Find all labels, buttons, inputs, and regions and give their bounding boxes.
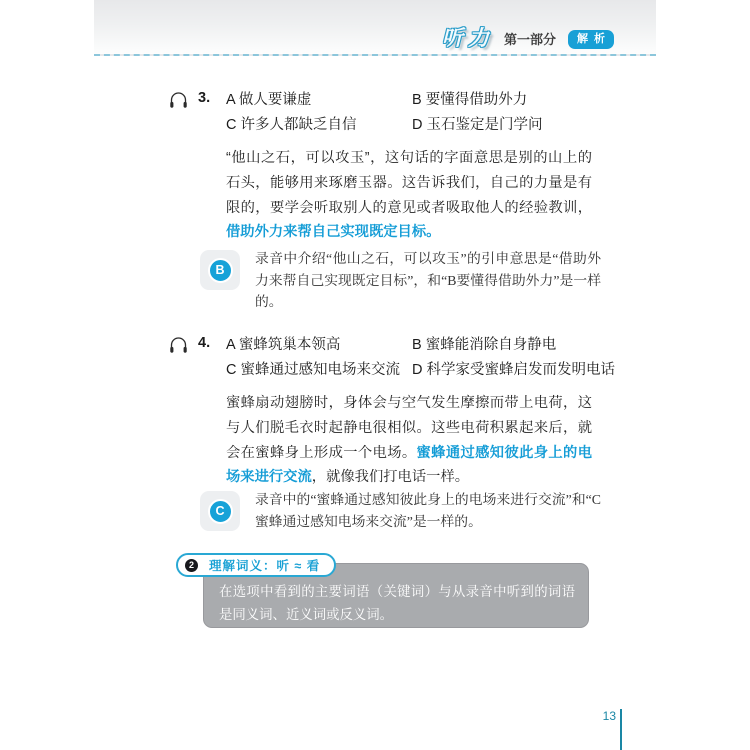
answer-badge: B (200, 250, 240, 290)
part-label: 第一部分 (504, 31, 556, 49)
question-4: 4. A 蜜蜂筑巢本领高 B 蜜蜂能消除自身静电 C 蜜蜂通过感知电场来交流 D… (168, 333, 615, 383)
analysis-paragraph-q3: “他山之石，可以攻玉”，这句话的字面意思是别的山上的石头，能够用来琢磨玉器。这告… (226, 146, 592, 245)
analysis-text: “他山之石，可以攻玉”，这句话的字面意思是别的山上的石头，能够用来琢磨玉器。这告… (226, 150, 592, 216)
section-title: 听力 (442, 28, 494, 49)
answer-row-q4: C 录音中的“蜜蜂通过感知彼此身上的电场来进行交流”和“C蜜蜂通过感知电场来交流… (200, 489, 601, 532)
option-c: C 蜜蜂通过感知电场来交流 (226, 358, 412, 383)
option-b: B 要懂得借助外力 (412, 88, 543, 113)
option-list: A 蜜蜂筑巢本领高 B 蜜蜂能消除自身静电 C 蜜蜂通过感知电场来交流 D 科学… (226, 333, 615, 383)
analysis-paragraph-q4: 蜜蜂扇动翅膀时，身体会与空气发生摩擦而带上电荷，这与人们脱毛衣时起静电很相似。这… (226, 391, 592, 490)
question-number: 3. (198, 90, 220, 106)
question-number: 4. (198, 335, 220, 351)
answer-note: 录音中介绍“他山之石，可以攻玉”的引申意思是“借助外力来帮自己实现既定目标”，和… (255, 248, 601, 313)
question-3: 3. A 做人要谦虚 B 要懂得借助外力 C 许多人都缺乏自信 D 玉石鉴定是门… (168, 88, 543, 138)
analysis-highlight: 借助外力来帮自己实现既定目标。 (226, 224, 440, 240)
answer-letter: C (208, 499, 233, 524)
textbook-page: 听力 第一部分 解析 3. A 做人要谦虚 B 要懂得借助外力 C 许多人都缺乏… (0, 0, 750, 750)
option-a: A 做人要谦虚 (226, 88, 412, 113)
option-list: A 做人要谦虚 B 要懂得借助外力 C 许多人都缺乏自信 D 玉石鉴定是门学问 (226, 88, 543, 138)
option-a: A 蜜蜂筑巢本领高 (226, 333, 412, 358)
headphone-icon (168, 91, 190, 114)
answer-note: 录音中的“蜜蜂通过感知彼此身上的电场来进行交流”和“C蜜蜂通过感知电场来交流”是… (255, 489, 601, 532)
tip-title: 理解词义：听 ≈ 看 (209, 556, 320, 574)
page-number: 13 (592, 709, 616, 723)
analysis-badge: 解析 (568, 30, 614, 49)
option-c: C 许多人都缺乏自信 (226, 113, 412, 138)
tip-number-badge: 2 (185, 559, 198, 572)
analysis-text-tail: ，就像我们打电话一样。 (312, 469, 469, 485)
answer-row-q3: B 录音中介绍“他山之石，可以攻玉”的引申意思是“借助外力来帮自己实现既定目标”… (200, 248, 601, 313)
option-d: D 科学家受蜜蜂启发而发明电话 (412, 358, 615, 383)
answer-letter: B (208, 258, 233, 283)
footer-rule (620, 709, 622, 750)
option-b: B 蜜蜂能消除自身静电 (412, 333, 615, 358)
answer-badge: C (200, 491, 240, 531)
headphone-icon (168, 336, 190, 359)
option-d: D 玉石鉴定是门学问 (412, 113, 543, 138)
tip-box-header: 2 理解词义：听 ≈ 看 (176, 553, 336, 577)
page-header: 听力 第一部分 解析 (94, 0, 656, 56)
